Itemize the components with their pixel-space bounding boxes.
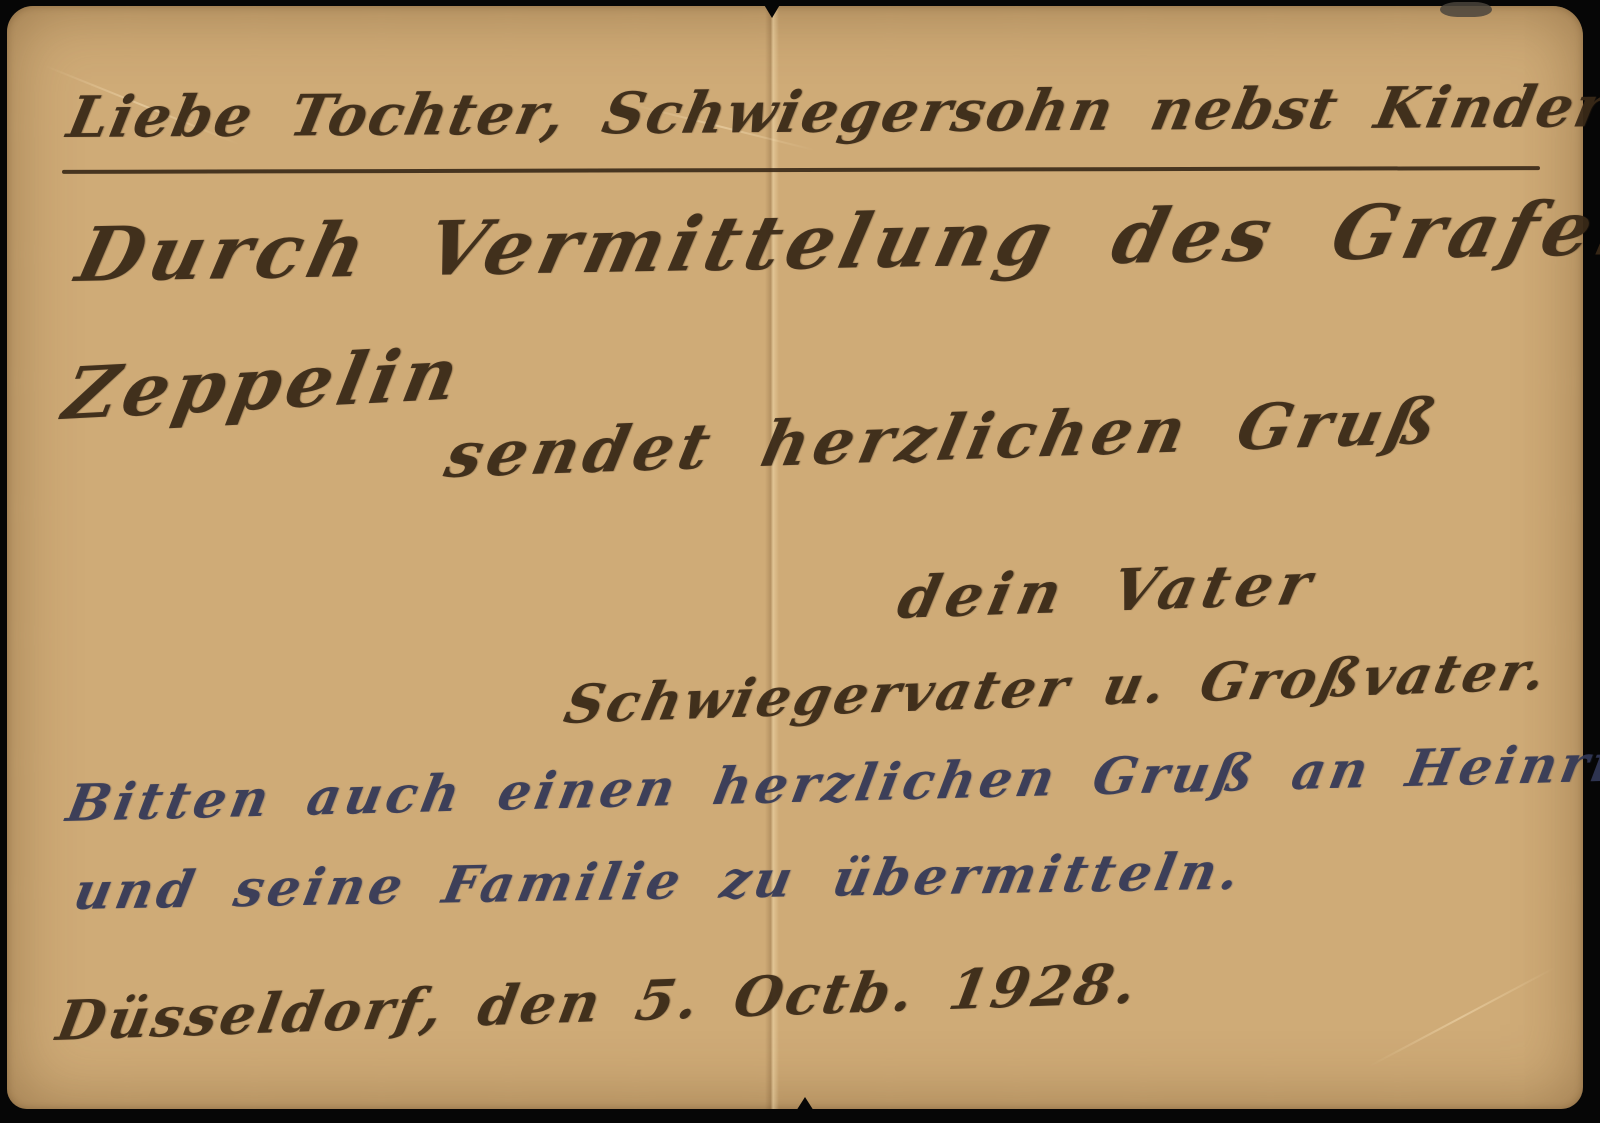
handwritten-line-3: Zeppelin (57, 331, 470, 436)
signature-line: dein Vater (892, 550, 1323, 632)
postscript-line-2: und seine Familie zu übermitteln. (69, 842, 1248, 922)
postcard-paper: Liebe Tochter, Schwiegersohn nebst Kinde… (7, 6, 1583, 1109)
paper-crease (1369, 967, 1555, 1067)
ink-smudge (1440, 2, 1492, 17)
bottom-edge-notch (791, 1097, 819, 1119)
signature-role-line: Schwiegervater u. Großvater. (559, 640, 1554, 736)
handwritten-line-4: sendet herzlichen Gruß (439, 384, 1449, 492)
handwritten-line-2: Durch Vermittelung des Grafen- (69, 183, 1600, 299)
postscript-line-1: Bitten auch einen herzlichen Gruß an Hei… (62, 732, 1600, 834)
top-edge-notch (763, 3, 781, 18)
scanned-postcard-image: Liebe Tochter, Schwiegersohn nebst Kinde… (0, 0, 1600, 1123)
salutation-line: Liebe Tochter, Schwiegersohn nebst Kinde… (62, 73, 1600, 151)
salutation-underline (62, 166, 1540, 174)
place-date-line: Düsseldorf, den 5. Octb. 1928. (52, 951, 1144, 1053)
